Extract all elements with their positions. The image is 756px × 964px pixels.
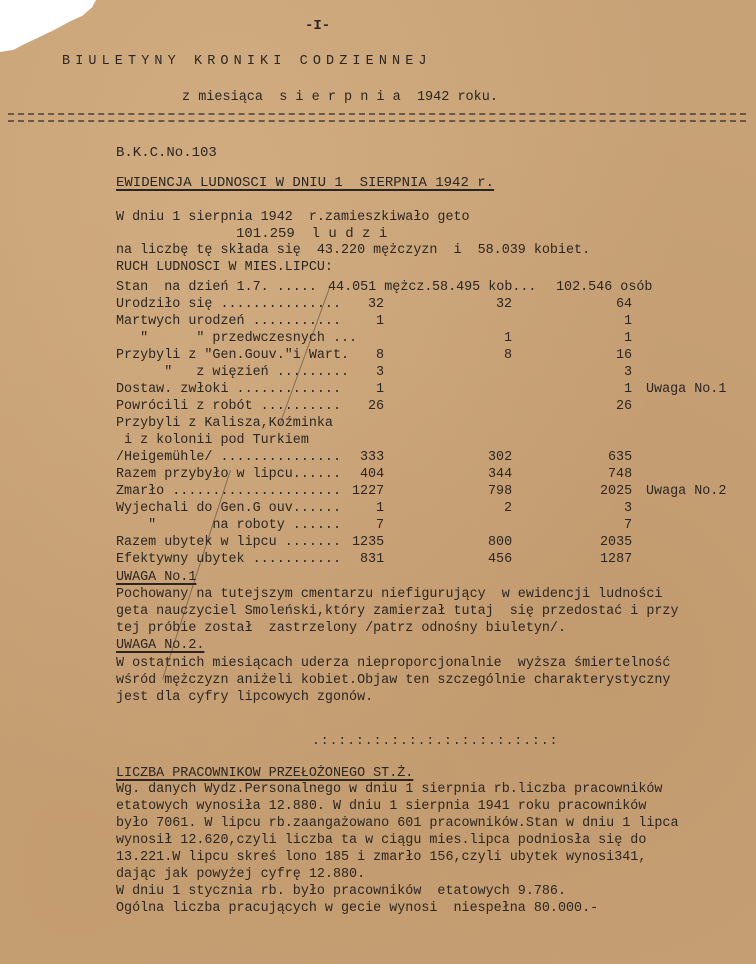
table-row: i z kolonii pod Turkiem <box>116 433 756 450</box>
body-text: etatowych wynosiła 12.880. W dniu 1 sier… <box>116 798 756 815</box>
intro-line: na liczbę tę składa się 43.220 mężczyzn … <box>116 243 590 259</box>
table-row: Razem ubytek w lipcu ....... 1235 800 20… <box>116 535 756 552</box>
movement-heading: RUCH LUDNOSCI W MIES.LIPCU: <box>116 260 333 276</box>
note-text: Pochowany na tutejszym cmentarzu niefigu… <box>116 586 756 603</box>
body-text: dając jak powyżej cyfrę 12.880. <box>116 866 756 883</box>
page-number: -I- <box>305 18 330 34</box>
intro-population: 101.259 l u d z i <box>236 226 387 242</box>
table-row: " na roboty ...... 7 7 <box>116 518 756 535</box>
table-row: Martwych urodzeń ........... 1 1 <box>116 314 756 331</box>
body-text: Ogólna liczba pracujących w gecie wynosi… <box>116 900 756 917</box>
body-text: W dniu 1 stycznia rb. było pracowników e… <box>116 883 756 900</box>
body-text: Wg. danych Wydz.Personalnego w dniu 1 si… <box>116 781 756 798</box>
table-row: Przybyli z "Gen.Gouv."i Wart. 8 8 16 <box>116 348 756 365</box>
note-text: jest dla cyfry lipcowych zgonów. <box>116 689 756 706</box>
table-row: Przybyli z Kalisza,Koźminka <box>116 416 756 433</box>
note-text: wśród mężczyzn aniżeli kobiet.Objaw ten … <box>116 672 756 689</box>
table-row: Urodziło się ............... 32 32 64 <box>116 297 756 314</box>
body-text: wynosił 12.620,czyli liczba ta w ciągu m… <box>116 832 756 849</box>
note-text: tej próbie został zastrzelony /patrz odn… <box>116 620 756 637</box>
table-row: Wyjechali do Gen.G ouv...... 1 2 3 <box>116 501 756 518</box>
table-row: Stan na dzień 1.7. ..... 44.051 mężcz. 5… <box>116 280 756 297</box>
note-reference: Uwaga No.2 <box>646 484 726 499</box>
table-row: Dostaw. zwłoki ............. 1 1 Uwaga N… <box>116 382 756 399</box>
note-text: geta nauczyciel Smoleński,który zamierza… <box>116 603 756 620</box>
table-row: " z więzień ......... 3 3 <box>116 365 756 382</box>
note-text: W ostatnich miesiącach uderza nieproporc… <box>116 655 756 672</box>
document-id: B.K.C.No.103 <box>116 145 217 161</box>
note-heading: UWAGA No.2. <box>116 637 756 654</box>
document-title: BIULETYNY KRONIKI CODZIENNEJ <box>62 54 432 70</box>
note-heading: UWAGA No.1 <box>116 569 756 586</box>
section-title-workers: LICZBA PRACOWNIKOW PRZEŁOŻONEGO ST.Ż. <box>116 765 756 782</box>
population-movement-table: Stan na dzień 1.7. ..... 44.051 mężcz. 5… <box>116 280 756 569</box>
intro-line: W dniu 1 sierpnia 1942 r.zamieszkiwało g… <box>116 210 470 226</box>
section-separator: .:.:.:.:.:.:.:.:.:.:.:.:.:.: <box>312 733 558 749</box>
table-row: Razem przybyło w lipcu...... 404 344 748 <box>116 467 756 484</box>
body-text: było 7061. W lipcu rb.zaangażowano 601 p… <box>116 815 756 832</box>
table-row: Powrócili z robót .......... 26 26 <box>116 399 756 416</box>
table-row: Efektywny ubytek ........... 831 456 128… <box>116 552 756 569</box>
table-row: " " przedwczesnych ... 1 1 <box>116 331 756 348</box>
header-divider <box>8 113 746 122</box>
body-text: 13.221.W lipcu skreś lono 185 i zmarło 1… <box>116 849 756 866</box>
section-title-population: EWIDENCJA LUDNOSCI W DNIU 1 SIERPNIA 194… <box>116 175 494 191</box>
note-reference: Uwaga No.1 <box>646 382 726 397</box>
document-subtitle: z miesiąca s i e r p n i a 1942 roku. <box>182 90 498 106</box>
table-row: Zmarło ..................... 1227 798 20… <box>116 484 756 501</box>
table-row: /Heigemühle/ ............... 333 302 635 <box>116 450 756 467</box>
